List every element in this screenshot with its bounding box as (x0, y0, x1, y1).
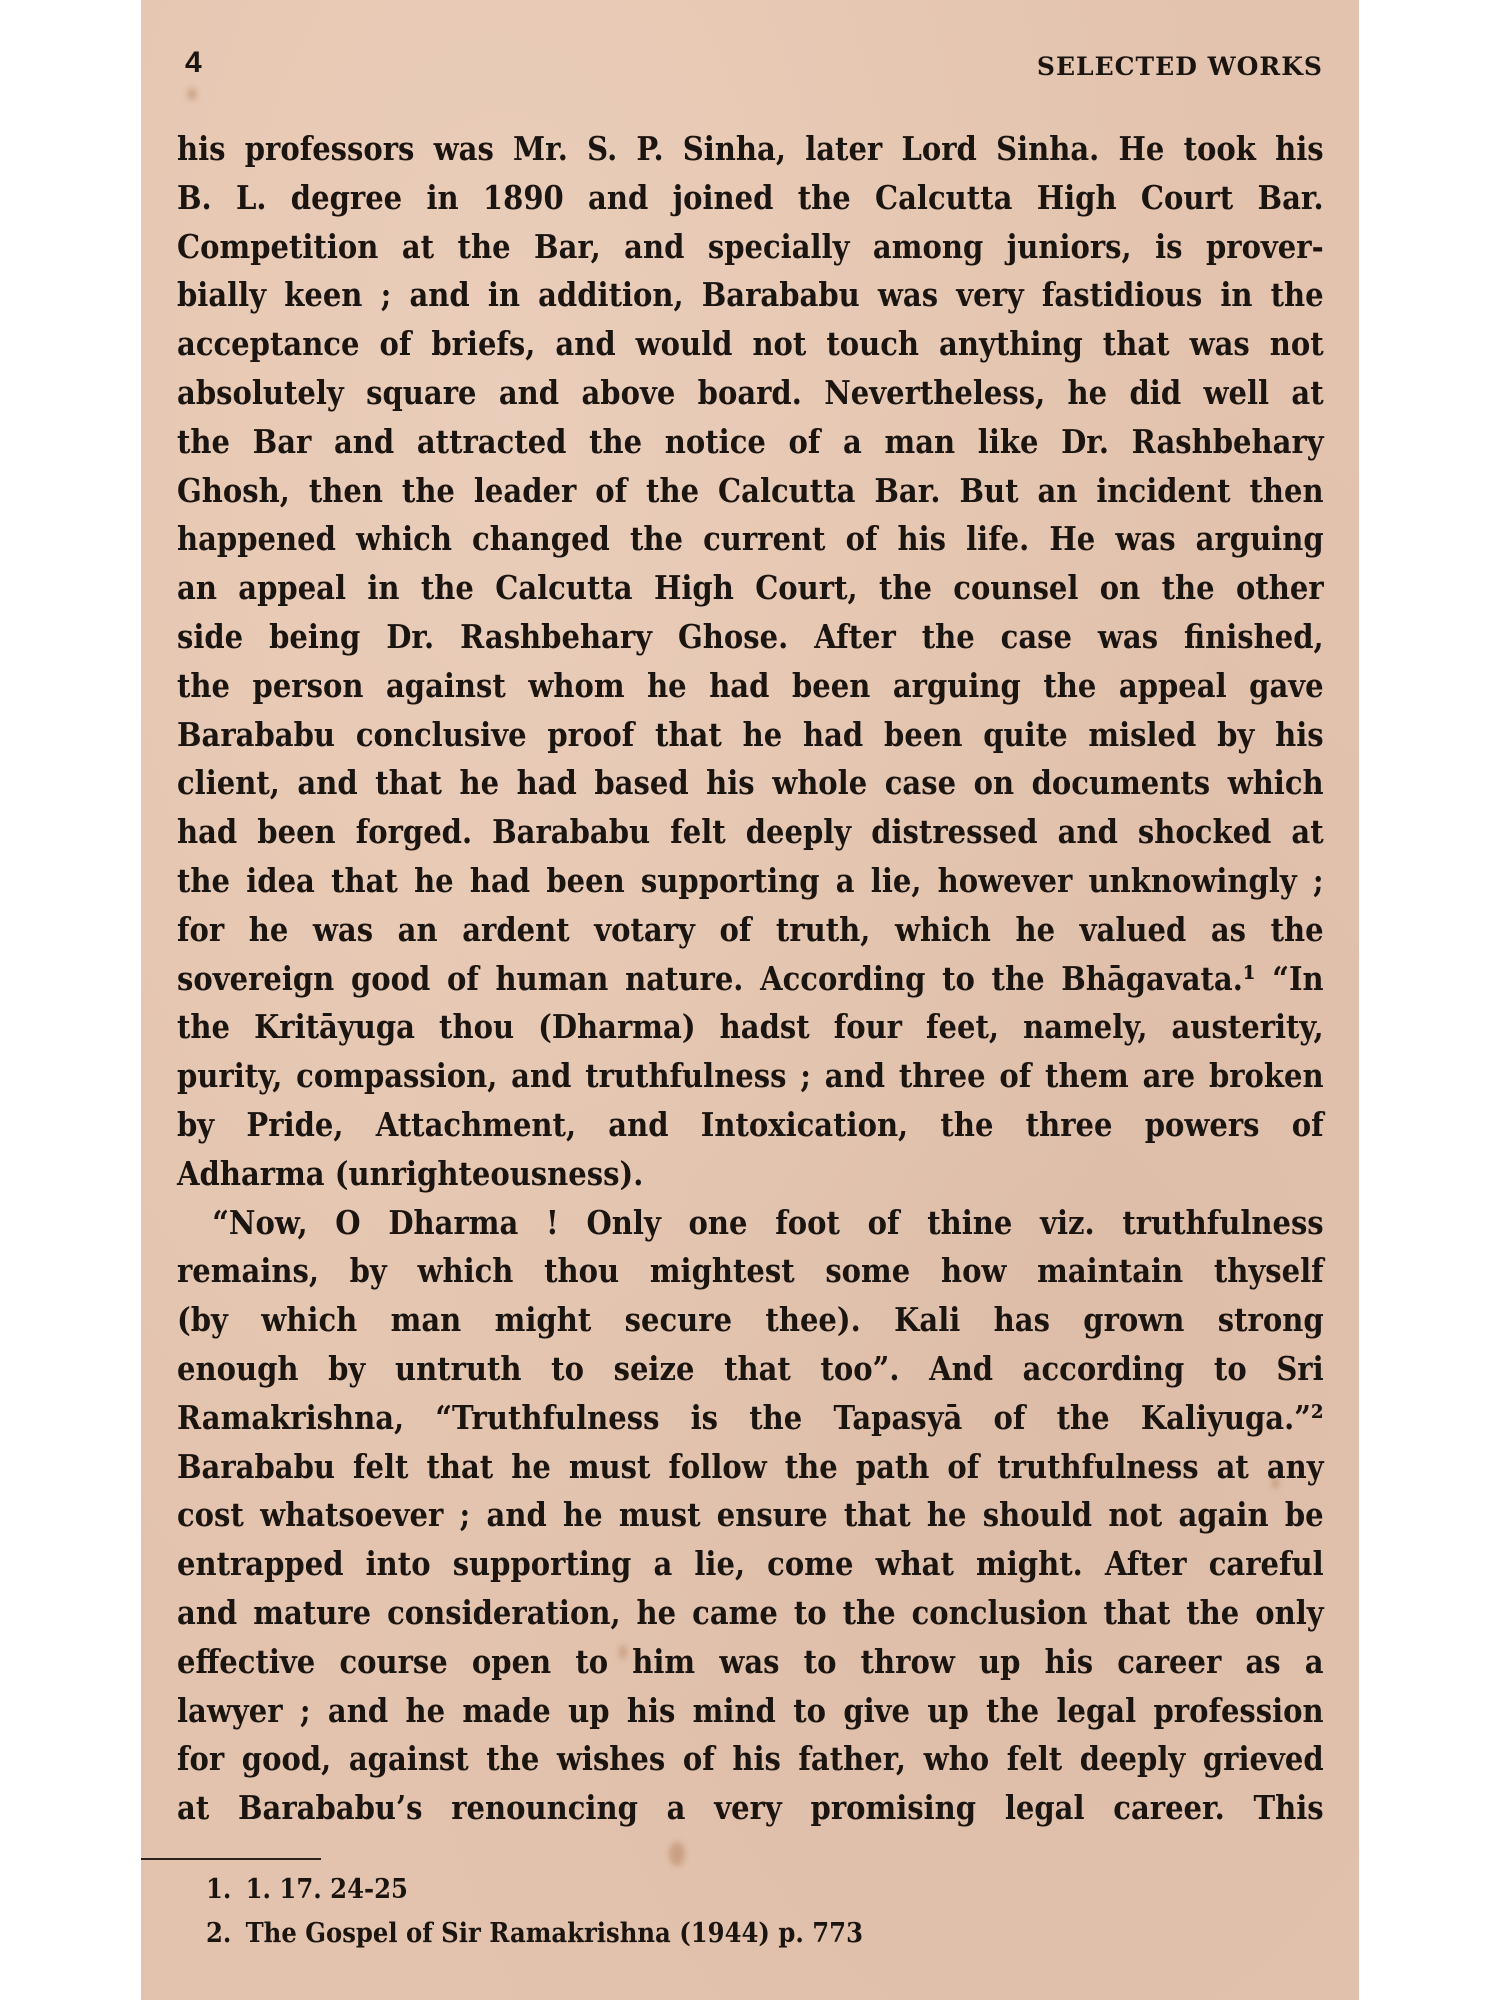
text-line: the Kritāyuga thou (Dharma) hadst four f… (177, 1003, 1324, 1052)
text-line: enough by untruth to seize that too”. An… (177, 1345, 1324, 1394)
text-line: Adharma (unrighteousness). (177, 1150, 1324, 1199)
text-line: and mature consideration, he came to the… (177, 1589, 1324, 1638)
text-line: for he was an ardent votary of truth, wh… (177, 906, 1324, 955)
text-line: “Now, O Dharma ! Only one foot of thine … (177, 1199, 1324, 1248)
footnote-divider (141, 1858, 321, 1860)
text-line: the idea that he had been supporting a l… (177, 857, 1324, 906)
text-line: Ghosh, then the leader of the Calcutta B… (177, 467, 1324, 516)
body-text: his professors was Mr. S. P. Sinha, late… (177, 125, 1324, 1833)
text-line: his professors was Mr. S. P. Sinha, late… (177, 125, 1324, 174)
text-line: side being Dr. Rashbehary Ghose. After t… (177, 613, 1324, 662)
text-line: by Pride, Attachment, and Intoxication, … (177, 1101, 1324, 1150)
text-line: cost whatsoever ; and he must ensure tha… (177, 1491, 1324, 1540)
text-line: happened which changed the current of hi… (177, 515, 1324, 564)
text-line: absolutely square and above board. Never… (177, 369, 1324, 418)
text-line: an appeal in the Calcutta High Court, th… (177, 564, 1324, 613)
text-line: acceptance of briefs, and would not touc… (177, 320, 1324, 369)
text-line: B. L. degree in 1890 and joined the Calc… (177, 174, 1324, 223)
footnote-1: 1.1. 17. 24-25 (206, 1868, 863, 1912)
footnote-text: 1. 17. 24-25 (246, 1874, 408, 1905)
text-line: remains, by which thou mightest some how… (177, 1247, 1324, 1296)
footnote-2: 2.The Gospel of Sir Ramakrishna (1944) p… (206, 1912, 863, 1956)
text-line: bially keen ; and in addition, Barababu … (177, 271, 1324, 320)
paper-stain (669, 1842, 685, 1866)
text-line: (by which man might secure thee). Kali h… (177, 1296, 1324, 1345)
footnote-number: 2. (206, 1912, 246, 1956)
text-line: had been forged. Barababu felt deeply di… (177, 808, 1324, 857)
footnote-text: The Gospel of Sir Ramakrishna (1944) p. … (246, 1918, 863, 1949)
running-title: SELECTED WORKS (1037, 52, 1323, 81)
text-line: Ramakrishna, “Truthfulness is the Tapasy… (177, 1394, 1324, 1443)
text-line: at Barababu’s renouncing a very promisin… (177, 1784, 1324, 1833)
page-number: 4 (185, 46, 202, 80)
footnotes: 1.1. 17. 24-25 2.The Gospel of Sir Ramak… (206, 1868, 936, 1956)
text-line: sovereign good of human nature. Accordin… (177, 955, 1324, 1004)
text-line: for good, against the wishes of his fath… (177, 1735, 1324, 1784)
text-line: the Bar and attracted the notice of a ma… (177, 418, 1324, 467)
text-line: the person against whom he had been argu… (177, 662, 1324, 711)
book-page: 4 SELECTED WORKS his professors was Mr. … (141, 0, 1359, 2000)
text-line: Barababu felt that he must follow the pa… (177, 1443, 1324, 1492)
footnote-number: 1. (206, 1868, 246, 1912)
running-head: 4 SELECTED WORKS (141, 46, 1359, 86)
text-line: effective course open to him was to thro… (177, 1638, 1324, 1687)
text-line: client, and that he had based his whole … (177, 759, 1324, 808)
paper-stain (187, 88, 197, 100)
text-line: entrapped into supporting a lie, come wh… (177, 1540, 1324, 1589)
text-line: Competition at the Bar, and specially am… (177, 223, 1324, 272)
text-line: purity, compassion, and truthfulness ; a… (177, 1052, 1324, 1101)
text-line: lawyer ; and he made up his mind to give… (177, 1687, 1324, 1736)
text-line: Barababu conclusive proof that he had be… (177, 711, 1324, 760)
